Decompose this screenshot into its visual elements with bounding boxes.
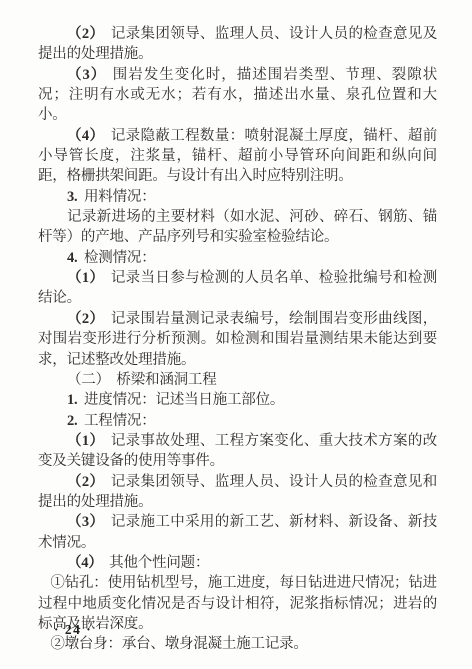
- item-number: 1.: [67, 392, 77, 408]
- paragraph-text: 工程情况：: [84, 413, 156, 429]
- item-number: （3）: [67, 67, 106, 83]
- paragraph: （4）其他个性问题：: [38, 553, 437, 573]
- paragraph-text: 进度情况：记述当日施工部位。: [84, 392, 284, 408]
- item-number: （4）: [67, 555, 103, 571]
- item-number: 3.: [67, 189, 77, 205]
- paragraph-text: 记录新进场的主要材料（如水泥、河砂、碎石、钢筋、锚杆等）的产地、产品序列号和实验…: [38, 209, 437, 245]
- section-number: （二）: [67, 372, 110, 388]
- page-number: · 24 ·: [54, 622, 92, 638]
- paragraph: （3）围岩发生变化时，描述围岩类型、节理、裂隙状况；注明有水或无水；若有水，描述…: [38, 65, 437, 126]
- paragraph: （2）记录集团领导、监理人员、设计人员的检查意见和提出的处理措施。: [38, 472, 437, 513]
- item-number: （1）: [67, 433, 104, 449]
- item-number: （2）: [67, 474, 104, 490]
- item-number: （1）: [67, 270, 104, 286]
- paragraph: ②墩台身：承台、墩身混凝土施工记录。: [38, 634, 437, 654]
- paragraph: 记录新进场的主要材料（如水泥、河砂、碎石、钢筋、锚杆等）的产地、产品序列号和实验…: [38, 207, 437, 248]
- item-number: （3）: [67, 514, 104, 530]
- paragraph: （1）记录当日参与检测的人员名单、检验批编号和检测结论。: [38, 268, 437, 309]
- body-text: （2）记录集团领导、监理人员、设计人员的检查意见及提出的处理措施。 （3）围岩发…: [38, 24, 437, 655]
- item-number: （2）: [67, 26, 104, 42]
- paragraph: ①钻孔：使用钻机型号，施工进度，每日钻进进尺情况；钻进过程中地质变化情况是否与设…: [38, 573, 437, 634]
- paragraph: （3）记录施工中采用的新工艺、新材料、新设备、新技术情况。: [38, 512, 437, 553]
- paragraph-text: 检测情况：: [84, 250, 156, 266]
- circled-item-number: ②: [50, 636, 64, 652]
- paragraph: （4）记录隐蔽工程数量：喷射混凝土厚度，锚杆、超前小导管长度，注浆量，锚杆、超前…: [38, 126, 437, 187]
- paragraph-text: 钻孔：使用钻机型号，施工进度，每日钻进进尺情况；钻进过程中地质变化情况是否与设计…: [38, 575, 437, 632]
- paragraph: （2）记录集团领导、监理人员、设计人员的检查意见及提出的处理措施。: [38, 24, 437, 65]
- section-heading: （二）桥梁和涵洞工程: [38, 370, 437, 390]
- paragraph-text: 其他个性问题：: [109, 555, 209, 571]
- paragraph: 2.工程情况：: [38, 411, 437, 431]
- paragraph-text: 墩台身：承台、墩身混凝土施工记录。: [65, 636, 308, 652]
- paragraph: 1.进度情况：记述当日施工部位。: [38, 390, 437, 410]
- item-number: （4）: [67, 128, 104, 144]
- paragraph: （1）记录事故处理、工程方案变化、重大技术方案的改变及关键设备的使用等事件。: [38, 431, 437, 472]
- paragraph: （2）记录围岩量测记录表编号，绘制围岩变形曲线图，对围岩变形进行分析预测。如检测…: [38, 309, 437, 370]
- document-page: （2）记录集团领导、监理人员、设计人员的检查意见及提出的处理措施。 （3）围岩发…: [0, 0, 472, 669]
- section-title: 桥梁和涵洞工程: [116, 372, 216, 388]
- item-number: 4.: [67, 250, 77, 266]
- paragraph: 3.用料情况：: [38, 187, 437, 207]
- circled-item-number: ①: [50, 575, 64, 591]
- item-number: （2）: [67, 311, 104, 327]
- paragraph-text: 用料情况：: [84, 189, 156, 205]
- item-number: 2.: [67, 413, 77, 429]
- paragraph: 4.检测情况：: [38, 248, 437, 268]
